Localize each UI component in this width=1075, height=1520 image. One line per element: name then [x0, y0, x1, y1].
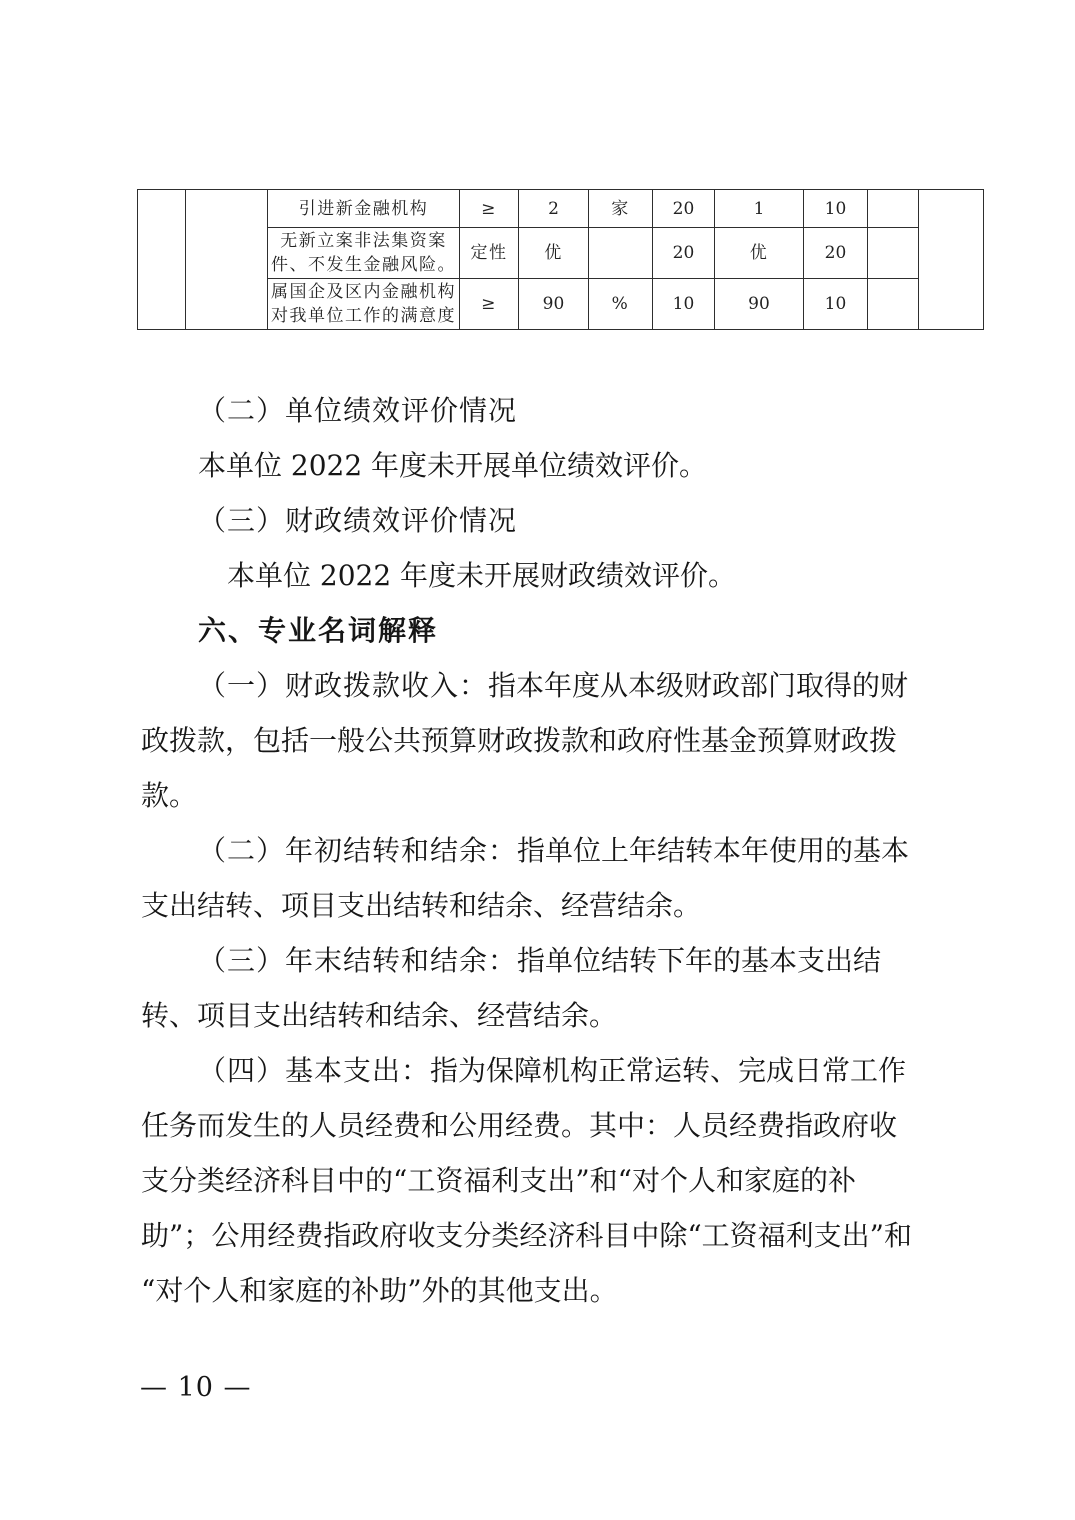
- section-heading-text: 六、专业名词解释: [198, 614, 438, 647]
- section-heading-text: （二）单位绩效评价情况: [198, 394, 517, 427]
- unit-cell: 家: [589, 190, 653, 228]
- section-heading-unit-eval: （二）单位绩效评价情况: [141, 383, 941, 438]
- section-heading-text: （三）财政绩效评价情况: [198, 504, 517, 537]
- empty-cell: [868, 190, 919, 228]
- glossary-definition: 款。: [141, 779, 197, 812]
- glossary-item2-line2: 支出结转、项目支出结转和结余、经营结余。: [141, 878, 941, 933]
- indicator-name-cell: 属国企及区内金融机构对我单位工作的满意度: [268, 279, 460, 330]
- glossary-term: （四）基本支出：: [198, 1054, 430, 1087]
- target-value-cell: 优: [519, 228, 589, 279]
- score-cell: 20: [804, 228, 868, 279]
- glossary-item4-line2: 任务而发生的人员经费和公用经费。其中：人员经费指政府收: [141, 1098, 941, 1153]
- glossary-item4-line5: “对个人和家庭的补助”外的其他支出。: [141, 1263, 941, 1318]
- unit-cell: %: [589, 279, 653, 330]
- glossary-definition: 支出结转、项目支出结转和结余、经营结余。: [141, 889, 701, 922]
- glossary-item3-line2: 转、项目支出结转和结余、经营结余。: [141, 988, 941, 1043]
- comparator-cell: ≥: [460, 279, 519, 330]
- paragraph-text: 本单位 2022 年度未开展财政绩效评价。: [227, 559, 736, 592]
- glossary-item1-line2: 政拨款，包括一般公共预算财政拨款和政府性基金预算财政拨: [141, 713, 941, 768]
- comparator-cell: ≥: [460, 190, 519, 228]
- glossary-term: （一）财政拨款收入：: [198, 669, 488, 702]
- document-body: （二）单位绩效评价情况 本单位 2022 年度未开展单位绩效评价。 （三）财政绩…: [141, 383, 941, 1318]
- paragraph-text: 本单位 2022 年度未开展单位绩效评价。: [198, 449, 707, 482]
- glossary-definition: “对个人和家庭的补助”外的其他支出。: [141, 1274, 618, 1307]
- target-value-cell: 90: [519, 279, 589, 330]
- glossary-term: （三）年末结转和结余：: [198, 944, 517, 977]
- indicator-name-cell: 无新立案非法集资案件、不发生金融风险。: [268, 228, 460, 279]
- glossary-item2-line1: （二）年初结转和结余：指单位上年结转本年使用的基本: [141, 823, 941, 878]
- empty-cell: [919, 190, 984, 330]
- empty-cell: [868, 279, 919, 330]
- empty-cell: [186, 190, 268, 330]
- actual-value-cell: 90: [715, 279, 804, 330]
- glossary-definition: 指为保障机构正常运转、完成日常工作: [430, 1054, 906, 1087]
- glossary-definition: 任务而发生的人员经费和公用经费。其中：人员经费指政府收: [141, 1109, 897, 1142]
- paragraph-fiscal-eval: 本单位 2022 年度未开展财政绩效评价。: [141, 548, 941, 603]
- empty-cell: [868, 228, 919, 279]
- page-number: — 10 —: [140, 1368, 252, 1408]
- table-row: 引进新金融机构 ≥ 2 家 20 1 10: [138, 190, 984, 228]
- actual-value-cell: 优: [715, 228, 804, 279]
- weight-cell: 20: [653, 190, 715, 228]
- glossary-definition: 支分类经济科目中的“工资福利支出”和“对个人和家庭的补: [141, 1164, 856, 1197]
- section-heading-fiscal-eval: （三）财政绩效评价情况: [141, 493, 941, 548]
- target-value-cell: 2: [519, 190, 589, 228]
- score-cell: 10: [804, 190, 868, 228]
- document-page: 引进新金融机构 ≥ 2 家 20 1 10 无新立案非法集资案件、不发生金融风险…: [0, 0, 1075, 1520]
- actual-value-cell: 1: [715, 190, 804, 228]
- weight-cell: 10: [653, 279, 715, 330]
- glossary-definition: 指单位上年结转本年使用的基本: [517, 834, 909, 867]
- score-cell: 10: [804, 279, 868, 330]
- glossary-item4-line4: 助”；公用经费指政府收支分类经济科目中除“工资福利支出”和: [141, 1208, 941, 1263]
- paragraph-unit-eval: 本单位 2022 年度未开展单位绩效评价。: [141, 438, 941, 493]
- glossary-definition: 指本年度从本级财政部门取得的财: [488, 669, 908, 702]
- glossary-item3-line1: （三）年末结转和结余：指单位结转下年的基本支出结: [141, 933, 941, 988]
- glossary-item1-line3: 款。: [141, 768, 941, 823]
- glossary-definition: 助”；公用经费指政府收支分类经济科目中除“工资福利支出”和: [141, 1219, 912, 1252]
- glossary-definition: 政拨款，包括一般公共预算财政拨款和政府性基金预算财政拨: [141, 724, 897, 757]
- glossary-definition: 指单位结转下年的基本支出结: [517, 944, 881, 977]
- glossary-definition: 转、项目支出结转和结余、经营结余。: [141, 999, 617, 1032]
- empty-cell: [138, 190, 186, 330]
- glossary-item1-line1: （一）财政拨款收入：指本年度从本级财政部门取得的财: [141, 658, 941, 713]
- glossary-item4-line3: 支分类经济科目中的“工资福利支出”和“对个人和家庭的补: [141, 1153, 941, 1208]
- glossary-item4-line1: （四）基本支出：指为保障机构正常运转、完成日常工作: [141, 1043, 941, 1098]
- comparator-cell: 定性: [460, 228, 519, 279]
- weight-cell: 20: [653, 228, 715, 279]
- unit-cell: [589, 228, 653, 279]
- indicator-name-cell: 引进新金融机构: [268, 190, 460, 228]
- performance-indicator-table: 引进新金融机构 ≥ 2 家 20 1 10 无新立案非法集资案件、不发生金融风险…: [137, 189, 984, 330]
- glossary-term: （二）年初结转和结余：: [198, 834, 517, 867]
- section-heading-glossary: 六、专业名词解释: [141, 603, 941, 658]
